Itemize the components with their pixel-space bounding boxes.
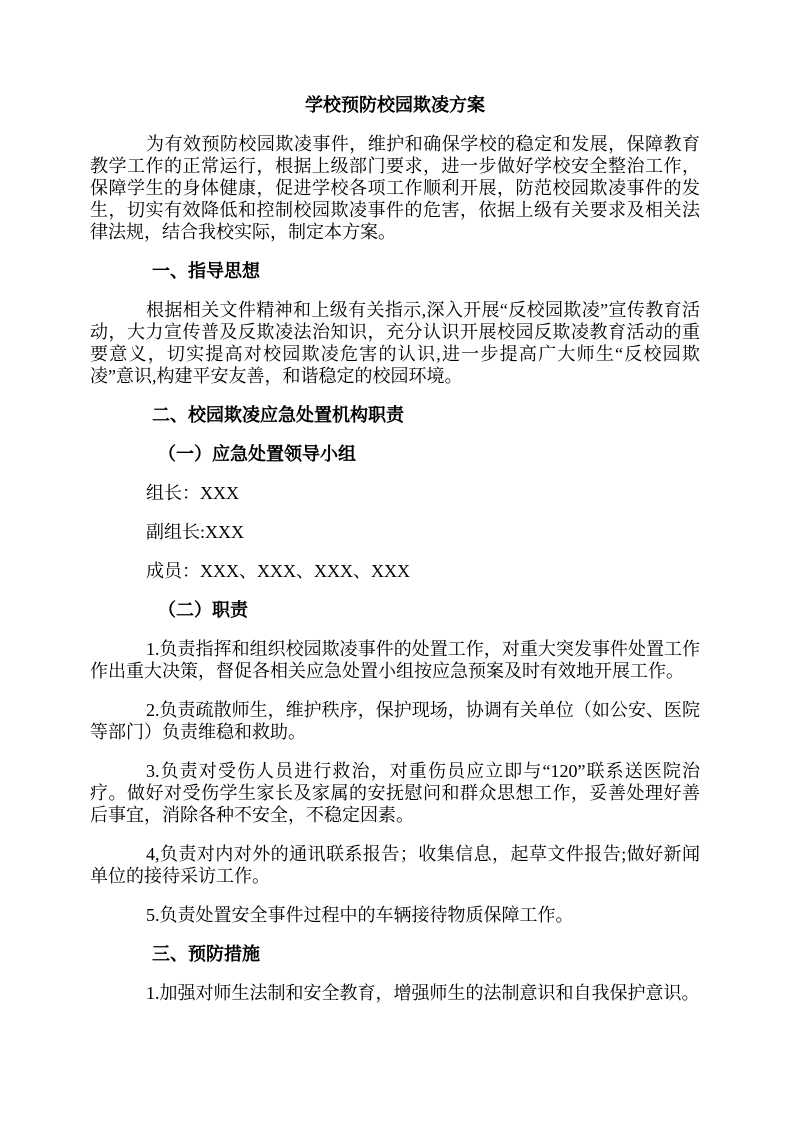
deputy-leader-line: 副组长:XXX bbox=[90, 521, 700, 543]
document-page: 学校预防校园欺凌方案 为有效预防校园欺凌事件，维护和确保学校的稳定和发展，保障教… bbox=[0, 0, 793, 1122]
leader-line: 组长：XXX bbox=[90, 482, 700, 504]
duty-item-1: 1.负责指挥和组织校园欺凌事件的处置工作，对重大突发事件处置工作作出重大决策，督… bbox=[90, 638, 700, 682]
section-heading-3: 三、预防措施 bbox=[90, 943, 700, 965]
subsection-heading-2-1: （一）应急处置领导小组 bbox=[90, 443, 700, 465]
document-title: 学校预防校园欺凌方案 bbox=[90, 94, 700, 116]
section-heading-1: 一、指导思想 bbox=[90, 260, 700, 282]
members-line: 成员：XXX、XXX、XXX、XXX bbox=[90, 560, 700, 582]
prevention-item-1: 1.加强对师生法制和安全教育，增强师生的法制意识和自我保护意识。 bbox=[90, 982, 700, 1004]
duty-item-4: 4,负责对内对外的通讯联系报告；收集信息，起草文件报告;做好新闻单位的接待采访工… bbox=[90, 843, 700, 887]
section-1-paragraph: 根据相关文件精神和上级有关指示,深入开展“反校园欺凌”宣传教育活动，大力宣传普及… bbox=[90, 299, 700, 387]
subsection-heading-2-2: （二）职责 bbox=[90, 599, 700, 621]
duty-item-2: 2.负责疏散师生，维护秩序，保护现场，协调有关单位（如公安、医院等部门）负责维稳… bbox=[90, 699, 700, 743]
duty-item-5: 5.负责处置安全事件过程中的车辆接待物质保障工作。 bbox=[90, 904, 700, 926]
intro-paragraph: 为有效预防校园欺凌事件，维护和确保学校的稳定和发展，保障教育教学工作的正常运行，… bbox=[90, 133, 700, 243]
duty-item-3: 3.负责对受伤人员进行救治，对重伤员应立即与“120”联系送医院治疗。做好对受伤… bbox=[90, 760, 700, 826]
section-heading-2: 二、校园欺凌应急处置机构职责 bbox=[90, 404, 700, 426]
